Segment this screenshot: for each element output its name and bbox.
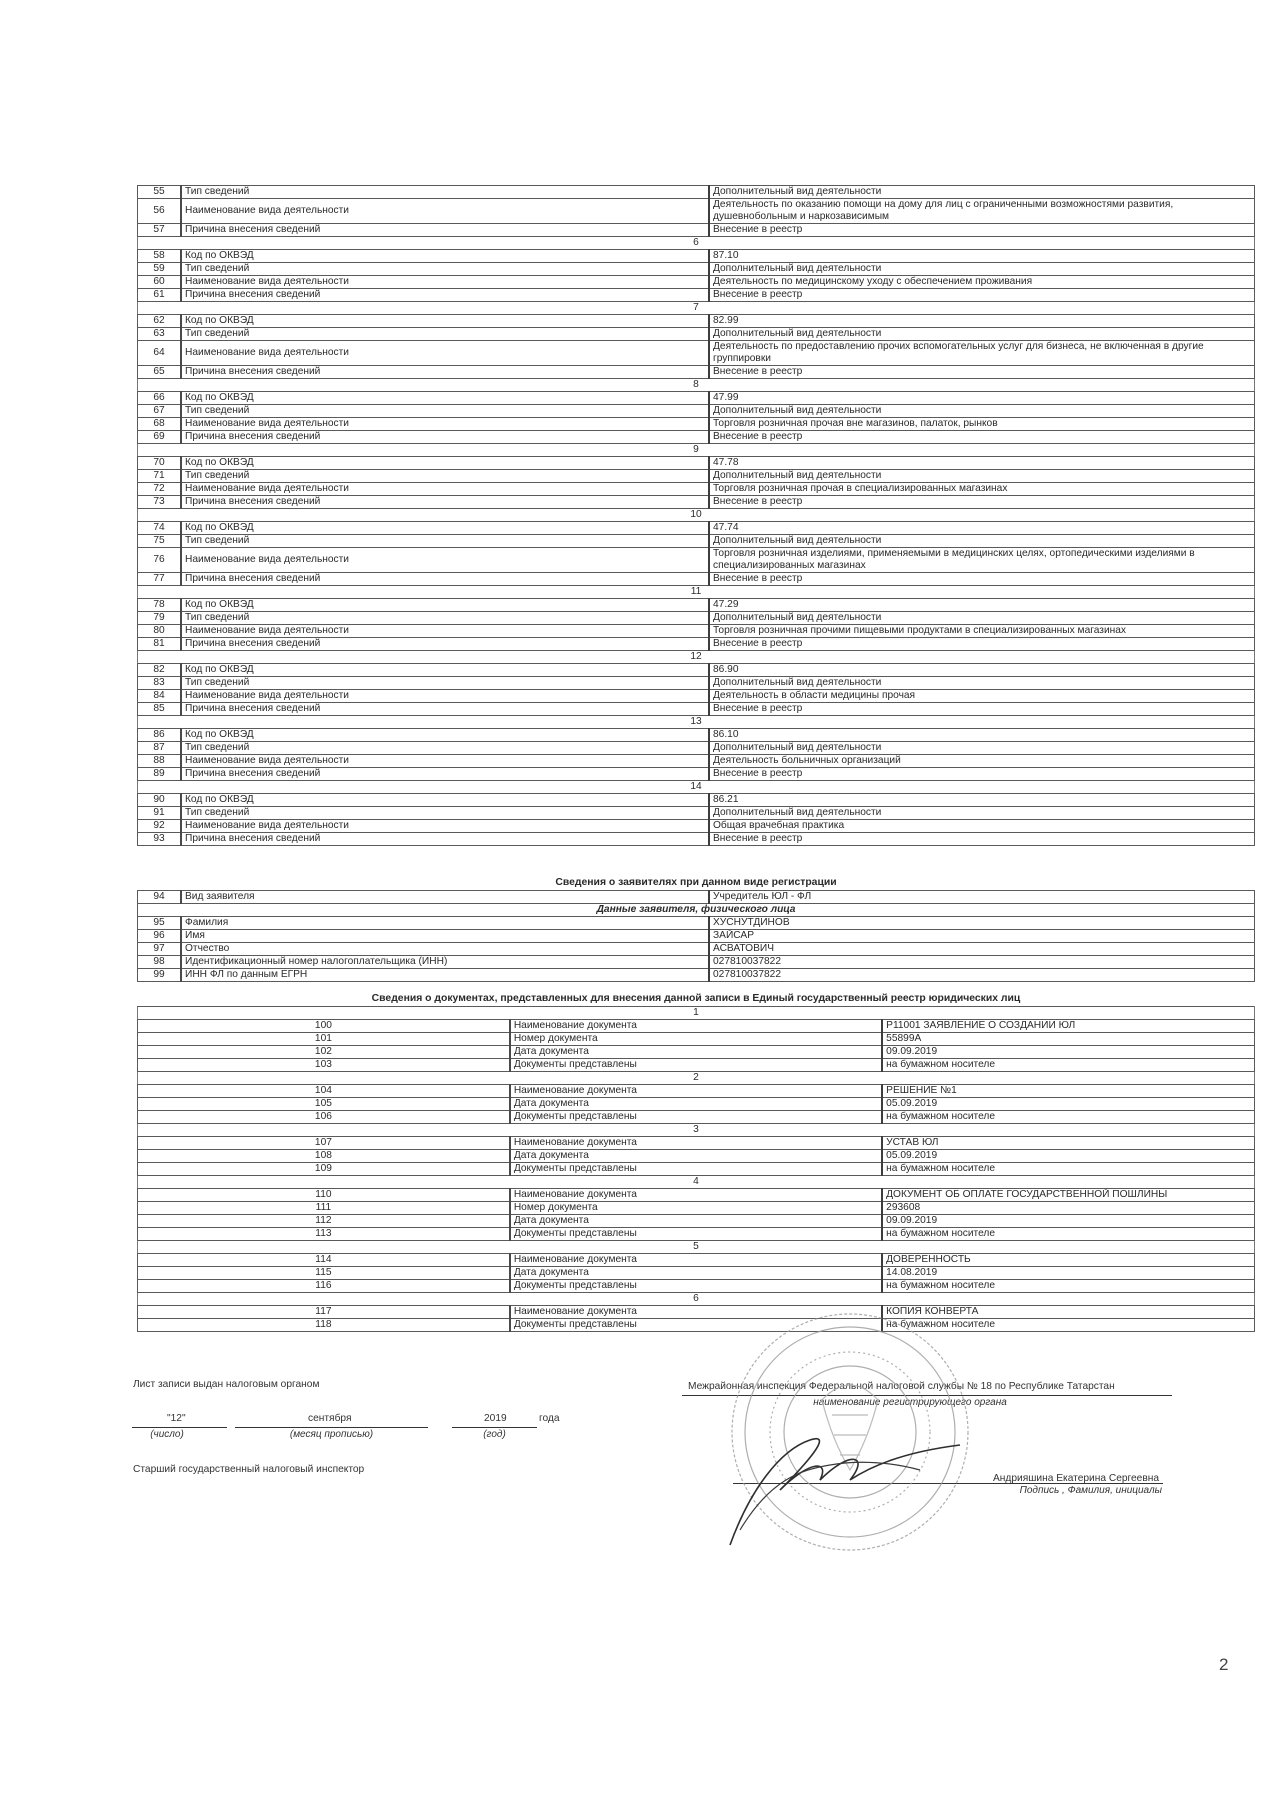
table-row: 90 Код по ОКВЭД 86.21	[138, 794, 1255, 807]
table-row: 98 Идентификационный номер налогоплатель…	[138, 956, 1255, 969]
field-label: Причина внесения сведений	[181, 703, 709, 716]
field-label: Наименование документа	[510, 1137, 882, 1150]
row-number: 88	[138, 755, 182, 768]
field-value: 47.74	[709, 522, 1255, 535]
field-value: Внесение в реестр	[709, 289, 1255, 302]
group-index: 3	[138, 1124, 1255, 1137]
row-number: 106	[138, 1111, 510, 1124]
field-value: Дополнительный вид деятельности	[709, 807, 1255, 820]
row-number: 110	[138, 1189, 510, 1202]
row-number: 102	[138, 1046, 510, 1059]
field-label: Причина внесения сведений	[181, 768, 709, 781]
field-value: Дополнительный вид деятельности	[709, 677, 1255, 690]
field-value: Дополнительный вид деятельности	[709, 186, 1255, 199]
table-row: 96 Имя ЗАЙСАР	[138, 930, 1255, 943]
row-number: 79	[138, 612, 182, 625]
field-value: Общая врачебная практика	[709, 820, 1255, 833]
table-row: 61 Причина внесения сведений Внесение в …	[138, 289, 1255, 302]
table-row: 115 Дата документа 14.08.2019	[138, 1267, 1255, 1280]
group-index-row: 7	[138, 302, 1255, 315]
documents-section-title: Сведения о документах, представленных дл…	[137, 993, 1255, 1004]
field-value: Торговля розничная прочая вне магазинов,…	[709, 418, 1255, 431]
table-row: 100 Наименование документа Р11001 ЗАЯВЛЕ…	[138, 1020, 1255, 1033]
row-number: 64	[138, 341, 182, 366]
field-label: Отчество	[181, 943, 709, 956]
field-label: Документы представлены	[510, 1228, 882, 1241]
table-row: 86 Код по ОКВЭД 86.10	[138, 729, 1255, 742]
row-number: 92	[138, 820, 182, 833]
table-row: 80 Наименование вида деятельности Торгов…	[138, 625, 1255, 638]
row-number: 91	[138, 807, 182, 820]
field-label: Причина внесения сведений	[181, 638, 709, 651]
field-label: Код по ОКВЭД	[181, 794, 709, 807]
field-value: Торговля розничная изделиями, применяемы…	[709, 548, 1255, 573]
page-number: 2	[1219, 1655, 1228, 1675]
field-value: 87.10	[709, 250, 1255, 263]
field-value: Дополнительный вид деятельности	[709, 328, 1255, 341]
field-label: Наименование документа	[510, 1189, 882, 1202]
row-number: 97	[138, 943, 182, 956]
table-row: 110 Наименование документа ДОКУМЕНТ ОБ О…	[138, 1189, 1255, 1202]
handwritten-signature-icon	[720, 1410, 980, 1550]
row-number: 113	[138, 1228, 510, 1241]
applicant-subtitle-row: Данные заявителя, физического лица	[138, 904, 1255, 917]
table-row: 62 Код по ОКВЭД 82.99	[138, 315, 1255, 328]
field-label: Причина внесения сведений	[181, 833, 709, 846]
group-index-row: 6	[138, 1293, 1255, 1306]
field-label: Дата документа	[510, 1098, 882, 1111]
field-value: Торговля розничная прочая в специализиро…	[709, 483, 1255, 496]
field-value: Дополнительный вид деятельности	[709, 405, 1255, 418]
day-underline	[132, 1427, 227, 1428]
group-index: 8	[138, 379, 1255, 392]
field-value: на бумажном носителе	[882, 1228, 1254, 1241]
table-row: 107 Наименование документа УСТАВ ЮЛ	[138, 1137, 1255, 1150]
field-value: Деятельность в области медицины прочая	[709, 690, 1255, 703]
row-number: 61	[138, 289, 182, 302]
group-index: 1	[138, 1007, 1255, 1020]
group-index-row: 3	[138, 1124, 1255, 1137]
group-index-row: 9	[138, 444, 1255, 457]
field-value: Внесение в реестр	[709, 496, 1255, 509]
table-row: 82 Код по ОКВЭД 86.90	[138, 664, 1255, 677]
date-day: "12"	[167, 1413, 186, 1424]
field-value: РЕШЕНИЕ №1	[882, 1085, 1254, 1098]
row-number: 67	[138, 405, 182, 418]
year-caption: (год)	[452, 1429, 537, 1440]
field-label: Дата документа	[510, 1150, 882, 1163]
row-number: 56	[138, 199, 182, 224]
field-label: Фамилия	[181, 917, 709, 930]
field-value: на бумажном носителе	[882, 1059, 1254, 1072]
date-month: сентября	[308, 1413, 351, 1424]
field-value: Внесение в реестр	[709, 573, 1255, 586]
table-row: 59 Тип сведений Дополнительный вид деяте…	[138, 263, 1255, 276]
group-index-row: 6	[138, 237, 1255, 250]
group-index-row: 2	[138, 1072, 1255, 1085]
row-number: 99	[138, 969, 182, 982]
field-label: Документы представлены	[510, 1111, 882, 1124]
field-label: Наименование документа	[510, 1085, 882, 1098]
row-number: 69	[138, 431, 182, 444]
field-label: Тип сведений	[181, 742, 709, 755]
field-label: Причина внесения сведений	[181, 573, 709, 586]
field-value: Внесение в реестр	[709, 366, 1255, 379]
field-value: 86.21	[709, 794, 1255, 807]
year-suffix: года	[539, 1413, 560, 1424]
field-value: 09.09.2019	[882, 1215, 1254, 1228]
signer-caption: Подпись , Фамилия, инициалы	[1000, 1485, 1162, 1496]
table-row: 102 Дата документа 09.09.2019	[138, 1046, 1255, 1059]
table-row: 73 Причина внесения сведений Внесение в …	[138, 496, 1255, 509]
row-number: 71	[138, 470, 182, 483]
field-label: Код по ОКВЭД	[181, 599, 709, 612]
table-row: 118 Документы представлены на бумажном н…	[138, 1319, 1255, 1332]
field-label: Тип сведений	[181, 186, 709, 199]
table-row: 75 Тип сведений Дополнительный вид деяте…	[138, 535, 1255, 548]
field-value: Дополнительный вид деятельности	[709, 263, 1255, 276]
group-index-row: 8	[138, 379, 1255, 392]
row-number: 65	[138, 366, 182, 379]
field-value: Дополнительный вид деятельности	[709, 535, 1255, 548]
field-label: Тип сведений	[181, 405, 709, 418]
row-number: 58	[138, 250, 182, 263]
field-label: Наименование вида деятельности	[181, 755, 709, 768]
row-number: 94	[138, 891, 182, 904]
group-index: 12	[138, 651, 1255, 664]
row-number: 100	[138, 1020, 510, 1033]
field-value: УСТАВ ЮЛ	[882, 1137, 1254, 1150]
row-number: 82	[138, 664, 182, 677]
field-value: 47.78	[709, 457, 1255, 470]
table-row: 68 Наименование вида деятельности Торгов…	[138, 418, 1255, 431]
table-row: 92 Наименование вида деятельности Общая …	[138, 820, 1255, 833]
field-value: Деятельность по оказанию помощи на дому …	[709, 199, 1255, 224]
field-value: на бумажном носителе	[882, 1163, 1254, 1176]
row-number: 60	[138, 276, 182, 289]
issued-by-label: Лист записи выдан налоговым органом	[133, 1379, 319, 1390]
field-label: Вид заявителя	[181, 891, 709, 904]
field-value: 027810037822	[709, 956, 1255, 969]
field-value: 86.90	[709, 664, 1255, 677]
field-label: Дата документа	[510, 1215, 882, 1228]
field-label: Наименование вида деятельности	[181, 276, 709, 289]
group-index-row: 1	[138, 1007, 1255, 1020]
table-row: 108 Дата документа 05.09.2019	[138, 1150, 1255, 1163]
field-label: Код по ОКВЭД	[181, 315, 709, 328]
row-number: 68	[138, 418, 182, 431]
field-value: 05.09.2019	[882, 1098, 1254, 1111]
field-value: 09.09.2019	[882, 1046, 1254, 1059]
row-number: 107	[138, 1137, 510, 1150]
table-row: 79 Тип сведений Дополнительный вид деяте…	[138, 612, 1255, 625]
row-number: 63	[138, 328, 182, 341]
field-value: 82.99	[709, 315, 1255, 328]
field-value: Внесение в реестр	[709, 638, 1255, 651]
field-label: Тип сведений	[181, 612, 709, 625]
field-label: ИНН ФЛ по данным ЕГРН	[181, 969, 709, 982]
field-label: Наименование документа	[510, 1254, 882, 1267]
row-number: 83	[138, 677, 182, 690]
table-row: 103 Документы представлены на бумажном н…	[138, 1059, 1255, 1072]
row-number: 86	[138, 729, 182, 742]
group-index-row: 14	[138, 781, 1255, 794]
field-value: ДОВЕРЕННОСТЬ	[882, 1254, 1254, 1267]
field-label: Документы представлены	[510, 1280, 882, 1293]
field-value: ХУСНУТДИНОВ	[709, 917, 1255, 930]
field-value: 55899А	[882, 1033, 1254, 1046]
table-row: 84 Наименование вида деятельности Деятел…	[138, 690, 1255, 703]
table-row: 95 Фамилия ХУСНУТДИНОВ	[138, 917, 1255, 930]
field-value: Торговля розничная прочими пищевыми прод…	[709, 625, 1255, 638]
row-number: 104	[138, 1085, 510, 1098]
row-number: 55	[138, 186, 182, 199]
table-row: 113 Документы представлены на бумажном н…	[138, 1228, 1255, 1241]
month-caption: (месяц прописью)	[235, 1429, 428, 1440]
field-value: на бумажном носителе	[882, 1111, 1254, 1124]
group-index: 13	[138, 716, 1255, 729]
field-label: Дата документа	[510, 1046, 882, 1059]
field-value: 027810037822	[709, 969, 1255, 982]
field-label: Тип сведений	[181, 807, 709, 820]
table-row: 83 Тип сведений Дополнительный вид деяте…	[138, 677, 1255, 690]
table-row: 106 Документы представлены на бумажном н…	[138, 1111, 1255, 1124]
field-label: Наименование вида деятельности	[181, 548, 709, 573]
field-value: Дополнительный вид деятельности	[709, 742, 1255, 755]
table-row: 57 Причина внесения сведений Внесение в …	[138, 224, 1255, 237]
group-index: 4	[138, 1176, 1255, 1189]
row-number: 101	[138, 1033, 510, 1046]
field-label: Код по ОКВЭД	[181, 664, 709, 677]
row-number: 96	[138, 930, 182, 943]
field-label: Причина внесения сведений	[181, 224, 709, 237]
row-number: 117	[138, 1306, 510, 1319]
field-value: Деятельность по предоставлению прочих вс…	[709, 341, 1255, 366]
table-row: 64 Наименование вида деятельности Деятел…	[138, 341, 1255, 366]
field-label: Наименование документа	[510, 1020, 882, 1033]
year-underline	[452, 1427, 537, 1428]
table-row: 60 Наименование вида деятельности Деятел…	[138, 276, 1255, 289]
field-value: 47.99	[709, 392, 1255, 405]
table-row: 88 Наименование вида деятельности Деятел…	[138, 755, 1255, 768]
table-row: 55 Тип сведений Дополнительный вид деяте…	[138, 186, 1255, 199]
table-row: 85 Причина внесения сведений Внесение в …	[138, 703, 1255, 716]
month-underline	[235, 1427, 428, 1428]
row-number: 73	[138, 496, 182, 509]
row-number: 114	[138, 1254, 510, 1267]
field-label: Наименование вида деятельности	[181, 418, 709, 431]
table-row: 77 Причина внесения сведений Внесение в …	[138, 573, 1255, 586]
field-value: 05.09.2019	[882, 1150, 1254, 1163]
row-number: 112	[138, 1215, 510, 1228]
group-index-row: 5	[138, 1241, 1255, 1254]
field-value: Деятельность больничных организаций	[709, 755, 1255, 768]
table-row: 104 Наименование документа РЕШЕНИЕ №1	[138, 1085, 1255, 1098]
field-label: Тип сведений	[181, 470, 709, 483]
table-row: 89 Причина внесения сведений Внесение в …	[138, 768, 1255, 781]
row-number: 85	[138, 703, 182, 716]
table-row: 74 Код по ОКВЭД 47.74	[138, 522, 1255, 535]
date-year: 2019	[484, 1413, 507, 1424]
row-number: 98	[138, 956, 182, 969]
field-value: Деятельность по медицинскому уходу с обе…	[709, 276, 1255, 289]
field-value: 293608	[882, 1202, 1254, 1215]
field-value: 86.10	[709, 729, 1255, 742]
group-index-row: 12	[138, 651, 1255, 664]
group-index: 6	[138, 1293, 1255, 1306]
field-value: АСВАТОВИЧ	[709, 943, 1255, 956]
table-row: 97 Отчество АСВАТОВИЧ	[138, 943, 1255, 956]
table-row: 66 Код по ОКВЭД 47.99	[138, 392, 1255, 405]
row-number: 62	[138, 315, 182, 328]
field-label: Наименование вида деятельности	[181, 690, 709, 703]
applicant-subtitle: Данные заявителя, физического лица	[138, 904, 1255, 917]
row-number: 93	[138, 833, 182, 846]
field-label: Наименование вида деятельности	[181, 820, 709, 833]
field-value: Внесение в реестр	[709, 833, 1255, 846]
table-row: 87 Тип сведений Дополнительный вид деяте…	[138, 742, 1255, 755]
field-value: Внесение в реестр	[709, 768, 1255, 781]
table-row: 94 Вид заявителя Учредитель ЮЛ - ФЛ	[138, 891, 1255, 904]
field-value: на бумажном носителе	[882, 1280, 1254, 1293]
field-value: Внесение в реестр	[709, 703, 1255, 716]
row-number: 90	[138, 794, 182, 807]
day-caption: (число)	[132, 1429, 202, 1440]
field-value: ЗАЙСАР	[709, 930, 1255, 943]
table-row: 63 Тип сведений Дополнительный вид деяте…	[138, 328, 1255, 341]
field-label: Код по ОКВЭД	[181, 457, 709, 470]
field-label: Наименование вида деятельности	[181, 483, 709, 496]
applicants-section-title: Сведения о заявителях при данном виде ре…	[137, 877, 1255, 888]
row-number: 66	[138, 392, 182, 405]
table-row: 109 Документы представлены на бумажном н…	[138, 1163, 1255, 1176]
field-label: Документы представлены	[510, 1163, 882, 1176]
field-label: Причина внесения сведений	[181, 289, 709, 302]
row-number: 89	[138, 768, 182, 781]
table-row: 72 Наименование вида деятельности Торгов…	[138, 483, 1255, 496]
field-label: Номер документа	[510, 1033, 882, 1046]
row-number: 109	[138, 1163, 510, 1176]
field-label: Код по ОКВЭД	[181, 729, 709, 742]
table-row: 116 Документы представлены на бумажном н…	[138, 1280, 1255, 1293]
row-number: 59	[138, 263, 182, 276]
row-number: 81	[138, 638, 182, 651]
row-number: 72	[138, 483, 182, 496]
table-row: 117 Наименование документа КОПИЯ КОНВЕРТ…	[138, 1306, 1255, 1319]
field-label: Наименование вида деятельности	[181, 199, 709, 224]
field-label: Причина внесения сведений	[181, 366, 709, 379]
applicants-table: 94 Вид заявителя Учредитель ЮЛ - ФЛ Данн…	[137, 890, 1255, 982]
group-index: 9	[138, 444, 1255, 457]
field-label: Идентификационный номер налогоплательщик…	[181, 956, 709, 969]
table-row: 81 Причина внесения сведений Внесение в …	[138, 638, 1255, 651]
field-value: Дополнительный вид деятельности	[709, 470, 1255, 483]
table-row: 67 Тип сведений Дополнительный вид деяте…	[138, 405, 1255, 418]
row-number: 116	[138, 1280, 510, 1293]
row-number: 57	[138, 224, 182, 237]
row-number: 77	[138, 573, 182, 586]
row-number: 118	[138, 1319, 510, 1332]
table-row: 56 Наименование вида деятельности Деятел…	[138, 199, 1255, 224]
field-label: Тип сведений	[181, 328, 709, 341]
row-number: 78	[138, 599, 182, 612]
field-label: Номер документа	[510, 1202, 882, 1215]
field-label: Имя	[181, 930, 709, 943]
group-index: 11	[138, 586, 1255, 599]
group-index-row: 10	[138, 509, 1255, 522]
row-number: 74	[138, 522, 182, 535]
table-row: 114 Наименование документа ДОВЕРЕННОСТЬ	[138, 1254, 1255, 1267]
row-number: 108	[138, 1150, 510, 1163]
table-row: 101 Номер документа 55899А	[138, 1033, 1255, 1046]
table-row: 99 ИНН ФЛ по данным ЕГРН 027810037822	[138, 969, 1255, 982]
field-label: Тип сведений	[181, 263, 709, 276]
group-index: 7	[138, 302, 1255, 315]
field-label: Дата документа	[510, 1267, 882, 1280]
field-value: Р11001 ЗАЯВЛЕНИЕ О СОЗДАНИИ ЮЛ	[882, 1020, 1254, 1033]
table-row: 91 Тип сведений Дополнительный вид деяте…	[138, 807, 1255, 820]
table-row: 111 Номер документа 293608	[138, 1202, 1255, 1215]
field-value: Внесение в реестр	[709, 224, 1255, 237]
field-label: Причина внесения сведений	[181, 431, 709, 444]
field-value: 14.08.2019	[882, 1267, 1254, 1280]
position-label: Старший государственный налоговый инспек…	[133, 1464, 364, 1475]
field-label: Наименование вида деятельности	[181, 625, 709, 638]
group-index: 10	[138, 509, 1255, 522]
table-row: 58 Код по ОКВЭД 87.10	[138, 250, 1255, 263]
field-label: Причина внесения сведений	[181, 496, 709, 509]
field-label: Код по ОКВЭД	[181, 522, 709, 535]
table-row: 93 Причина внесения сведений Внесение в …	[138, 833, 1255, 846]
table-row: 71 Тип сведений Дополнительный вид деяте…	[138, 470, 1255, 483]
group-index-row: 4	[138, 1176, 1255, 1189]
group-index-row: 13	[138, 716, 1255, 729]
table-row: 76 Наименование вида деятельности Торгов…	[138, 548, 1255, 573]
activities-table: 55 Тип сведений Дополнительный вид деяте…	[137, 185, 1255, 846]
row-number: 70	[138, 457, 182, 470]
table-row: 65 Причина внесения сведений Внесение в …	[138, 366, 1255, 379]
field-label: Тип сведений	[181, 535, 709, 548]
row-number: 95	[138, 917, 182, 930]
documents-table: 1 100 Наименование документа Р11001 ЗАЯВ…	[137, 1006, 1255, 1332]
row-number: 84	[138, 690, 182, 703]
group-index: 5	[138, 1241, 1255, 1254]
row-number: 87	[138, 742, 182, 755]
group-index-row: 11	[138, 586, 1255, 599]
row-number: 80	[138, 625, 182, 638]
table-row: 112 Дата документа 09.09.2019	[138, 1215, 1255, 1228]
row-number: 76	[138, 548, 182, 573]
table-row: 105 Дата документа 05.09.2019	[138, 1098, 1255, 1111]
table-row: 78 Код по ОКВЭД 47.29	[138, 599, 1255, 612]
row-number: 75	[138, 535, 182, 548]
row-number: 111	[138, 1202, 510, 1215]
table-row: 70 Код по ОКВЭД 47.78	[138, 457, 1255, 470]
row-number: 115	[138, 1267, 510, 1280]
field-label: Код по ОКВЭД	[181, 392, 709, 405]
row-number: 105	[138, 1098, 510, 1111]
field-value: Учредитель ЮЛ - ФЛ	[709, 891, 1255, 904]
field-value: 47.29	[709, 599, 1255, 612]
table-row: 69 Причина внесения сведений Внесение в …	[138, 431, 1255, 444]
row-number: 103	[138, 1059, 510, 1072]
group-index: 14	[138, 781, 1255, 794]
field-value: Дополнительный вид деятельности	[709, 612, 1255, 625]
field-label: Тип сведений	[181, 677, 709, 690]
field-value: ДОКУМЕНТ ОБ ОПЛАТЕ ГОСУДАРСТВЕННОЙ ПОШЛИ…	[882, 1189, 1254, 1202]
field-label: Документы представлены	[510, 1059, 882, 1072]
field-value: Внесение в реестр	[709, 431, 1255, 444]
